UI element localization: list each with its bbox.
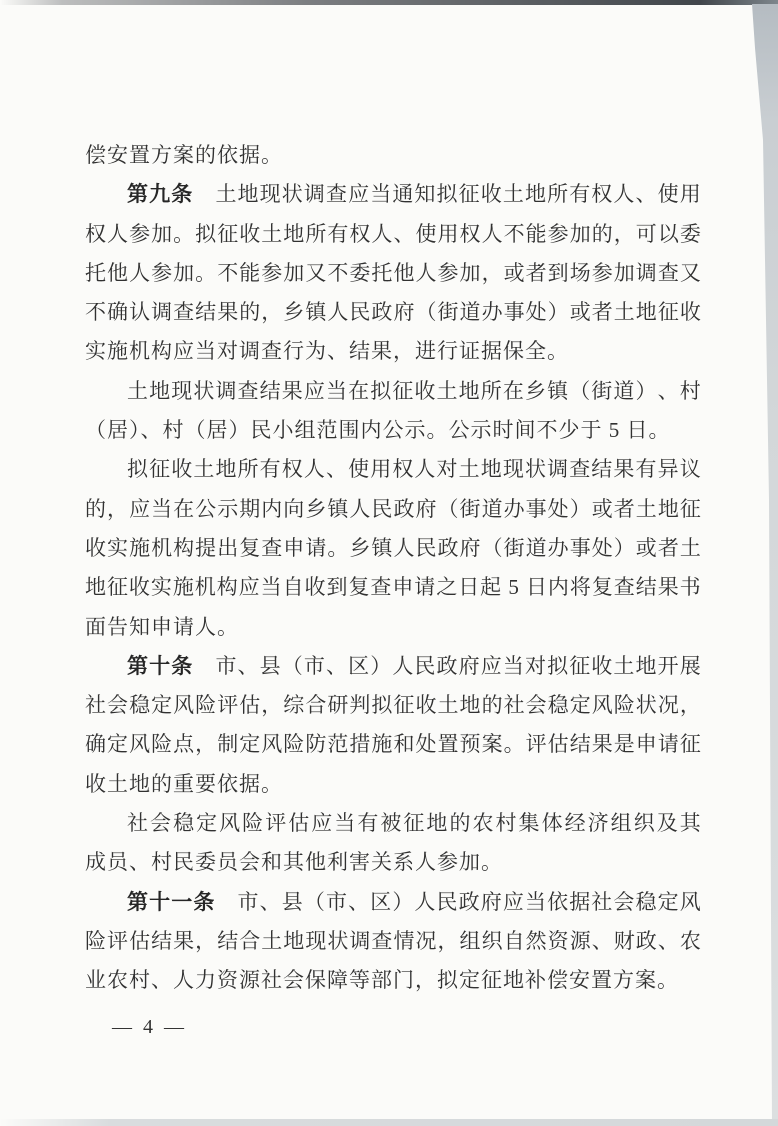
text-line: 险评估结果，结合土地现状调查情况，组织自然资源、财政、农 bbox=[85, 922, 701, 961]
body-char: 民 bbox=[414, 647, 435, 686]
body-char: 农 bbox=[680, 922, 701, 961]
body-char: 人 bbox=[482, 215, 503, 254]
body-char: 街 bbox=[591, 372, 612, 411]
body-char: 织 bbox=[482, 922, 503, 961]
body-char: 当 bbox=[525, 883, 546, 922]
body-char: 期 bbox=[239, 490, 260, 529]
body-char: 拟 bbox=[370, 372, 391, 411]
article-heading-char: 第 bbox=[127, 175, 148, 214]
body-char: 市 bbox=[238, 883, 259, 922]
body-char: 险 bbox=[614, 686, 635, 725]
body-char: 或 bbox=[636, 529, 657, 568]
body-char: 人 bbox=[304, 450, 325, 489]
body-char: 置 bbox=[438, 725, 459, 764]
body-char: 情 bbox=[393, 922, 414, 961]
body-char: 是 bbox=[614, 725, 635, 764]
body-char: 参 bbox=[151, 254, 172, 293]
body-char: 民 bbox=[415, 529, 436, 568]
body-char: 处 bbox=[548, 490, 569, 529]
body-char: 险 bbox=[195, 686, 216, 725]
body-char: 地 bbox=[460, 686, 481, 725]
body-char: 民 bbox=[349, 293, 370, 332]
body-char: 风 bbox=[129, 725, 150, 764]
text-line: 土地现状调查结果应当在拟征收土地所在乡镇（街道）、村 bbox=[85, 372, 701, 411]
body-char: 查 bbox=[261, 529, 282, 568]
body-char: 市 bbox=[304, 647, 325, 686]
body-char: 应 bbox=[304, 372, 325, 411]
body-text: 实施机构应当对调查行为、结果，进行证据保全。 bbox=[85, 339, 569, 363]
body-char: 日 bbox=[458, 568, 479, 607]
body-char: 案 bbox=[482, 725, 503, 764]
body-char: 人 bbox=[393, 529, 414, 568]
text-line: 拟征收土地所有权人、使用权人对土地现状调查结果有异议 bbox=[85, 450, 701, 489]
body-char: 风 bbox=[680, 883, 701, 922]
body-char: 状 bbox=[282, 175, 303, 214]
body-char: 社 bbox=[127, 804, 148, 843]
body-char: 调 bbox=[636, 254, 657, 293]
text-line: 面告知申请人。 bbox=[85, 608, 701, 647]
body-char: 镇 bbox=[547, 372, 568, 411]
body-char: 当 bbox=[261, 568, 282, 607]
body-char: 办 bbox=[548, 529, 569, 568]
body-char: 政 bbox=[636, 922, 657, 961]
body-char: 估 bbox=[239, 686, 260, 725]
body-char: 机 bbox=[151, 529, 172, 568]
body-char: 用 bbox=[438, 215, 459, 254]
body-char: 有 bbox=[569, 175, 590, 214]
body-char: 道 bbox=[482, 490, 503, 529]
body-char: 自 bbox=[283, 568, 304, 607]
body-char: 结 bbox=[570, 725, 591, 764]
body-char bbox=[215, 883, 236, 922]
article-heading-char: 一 bbox=[171, 883, 192, 922]
body-text: 收土地的重要依据。 bbox=[85, 772, 283, 796]
article-heading-char: 条 bbox=[171, 647, 192, 686]
body-char: 地 bbox=[283, 215, 304, 254]
body-char: 府 bbox=[459, 647, 480, 686]
body-char: （ bbox=[438, 490, 459, 529]
body-char: 措 bbox=[349, 725, 370, 764]
body-char: 在 bbox=[173, 490, 194, 529]
body-char: 申 bbox=[283, 529, 304, 568]
body-char bbox=[193, 647, 214, 686]
body-char: 复 bbox=[239, 529, 260, 568]
body-char: 估 bbox=[288, 804, 309, 843]
body-char: （ bbox=[415, 293, 436, 332]
body-char: 查 bbox=[614, 568, 635, 607]
body-char: 知 bbox=[414, 175, 435, 214]
body-char: 风 bbox=[219, 804, 240, 843]
body-char: 权 bbox=[591, 175, 612, 214]
body-char: 地 bbox=[525, 175, 546, 214]
text-line: 托他人参加。不能参加又不委托他人参加，或者到场参加调查又 bbox=[85, 254, 701, 293]
body-char: 政 bbox=[459, 883, 480, 922]
body-char: 状 bbox=[193, 372, 214, 411]
body-char: 结 bbox=[195, 293, 216, 332]
body-char: 评 bbox=[107, 922, 128, 961]
body-char: 组 bbox=[460, 922, 481, 961]
body-char: 参 bbox=[592, 254, 613, 293]
body-char: 济 bbox=[588, 804, 609, 843]
text-line: 收实施机构提出复查申请。乡镇人民政府（街道办事处）或者土 bbox=[85, 529, 701, 568]
body-char: 、 bbox=[658, 922, 679, 961]
body-char: 现 bbox=[503, 450, 524, 489]
body-char: 使 bbox=[658, 175, 679, 214]
body-char: 所 bbox=[547, 175, 568, 214]
body-char: 议 bbox=[680, 450, 701, 489]
body-char: 又 bbox=[305, 254, 326, 293]
body-char: 收 bbox=[591, 647, 612, 686]
body-char: 的 bbox=[592, 215, 613, 254]
body-char: 范 bbox=[327, 725, 348, 764]
body-text: 面告知申请人。 bbox=[85, 615, 239, 639]
body-char: 使 bbox=[415, 215, 436, 254]
body-char: 确 bbox=[107, 293, 128, 332]
body-char: 将 bbox=[570, 568, 591, 607]
body-char: 政 bbox=[371, 293, 392, 332]
body-char: 。 bbox=[173, 215, 194, 254]
body-char: 结 bbox=[217, 922, 238, 961]
body-char: 参 bbox=[261, 254, 282, 293]
body-char: 复 bbox=[592, 568, 613, 607]
text-line: 社会稳定风险评估应当有被征地的农村集体经济组织及其 bbox=[85, 804, 701, 843]
body-char: 加 bbox=[283, 254, 304, 293]
body-char: 者 bbox=[592, 293, 613, 332]
document-text-body: 偿安置方案的依据。第九条 土地现状调查应当通知拟征收土地所有权人、使用权人参加。… bbox=[85, 136, 701, 1001]
body-char: 定 bbox=[151, 686, 172, 725]
body-text: （居）、村（居）民小组范围内公示。公示时间不少于 5 日。 bbox=[85, 418, 671, 442]
body-char: 定 bbox=[658, 883, 679, 922]
body-char: 请 bbox=[658, 725, 679, 764]
body-char: ， bbox=[261, 686, 282, 725]
body-char: 综 bbox=[283, 686, 304, 725]
body-char: 请 bbox=[305, 529, 326, 568]
text-line: 的，应当在公示期内向乡镇人民政府（街道办事处）或者土地征 bbox=[85, 490, 701, 529]
body-char: 的 bbox=[449, 804, 470, 843]
body-char: ， bbox=[438, 922, 459, 961]
body-char: 委 bbox=[349, 254, 370, 293]
body-char: ） bbox=[392, 883, 413, 922]
body-char: 市 bbox=[215, 647, 236, 686]
body-char bbox=[193, 175, 214, 214]
body-char: 他 bbox=[393, 254, 414, 293]
body-char: 集 bbox=[519, 804, 540, 843]
body-char: 、 bbox=[393, 215, 414, 254]
body-char: 收 bbox=[481, 175, 502, 214]
body-char: 加 bbox=[570, 215, 591, 254]
body-char: 提 bbox=[195, 529, 216, 568]
body-char: 托 bbox=[371, 254, 392, 293]
text-line: 确定风险点，制定风险防范措施和处置预案。评估结果是申请征 bbox=[85, 725, 701, 764]
article-heading-char: 第 bbox=[127, 647, 148, 686]
body-char: 应 bbox=[239, 568, 260, 607]
body-char: 风 bbox=[592, 686, 613, 725]
body-char: 会 bbox=[150, 804, 171, 843]
body-char: 现 bbox=[260, 175, 281, 214]
body-char: 果 bbox=[217, 293, 238, 332]
body-char: 不 bbox=[327, 254, 348, 293]
body-char: 区 bbox=[370, 883, 391, 922]
body-char: 查 bbox=[371, 922, 392, 961]
body-char: 会 bbox=[613, 883, 634, 922]
body-char: 拟 bbox=[371, 686, 392, 725]
body-char: 合 bbox=[239, 922, 260, 961]
body-char: 险 bbox=[151, 725, 172, 764]
text-line: 成员、村民委员会和其他利害关系人参加。 bbox=[85, 843, 701, 882]
body-char: ， bbox=[482, 254, 503, 293]
body-char: 民 bbox=[371, 490, 392, 529]
body-char: 道 bbox=[613, 372, 634, 411]
body-char: 街 bbox=[504, 529, 525, 568]
body-char: 调 bbox=[304, 175, 325, 214]
body-char: 征 bbox=[392, 372, 413, 411]
body-char: 市 bbox=[326, 883, 347, 922]
body-char: 有 bbox=[636, 450, 657, 489]
body-char: 地 bbox=[215, 450, 236, 489]
body-char: 、 bbox=[658, 372, 679, 411]
text-line: （居）、村（居）民小组范围内公示。公示时间不少于 5 日。 bbox=[85, 411, 701, 450]
body-char: 、 bbox=[636, 175, 657, 214]
body-char: 拟 bbox=[547, 647, 568, 686]
body-char: 处 bbox=[526, 293, 547, 332]
body-char: 状 bbox=[525, 450, 546, 489]
body-char: 其 bbox=[680, 804, 701, 843]
body-char: 街 bbox=[438, 293, 459, 332]
body-char: 有 bbox=[327, 215, 348, 254]
body-char: ） bbox=[370, 647, 391, 686]
body-char: 施 bbox=[129, 529, 150, 568]
body-char: 地 bbox=[636, 293, 657, 332]
body-char: 有 bbox=[357, 804, 378, 843]
body-char: 经 bbox=[565, 804, 586, 843]
body-char: 参 bbox=[548, 215, 569, 254]
body-char: 事 bbox=[526, 490, 547, 529]
body-char: 用 bbox=[370, 450, 391, 489]
body-char: 镇 bbox=[371, 529, 392, 568]
body-char: 收 bbox=[85, 529, 106, 568]
body-char: 风 bbox=[173, 686, 194, 725]
body-char: 乡 bbox=[283, 293, 304, 332]
body-char: 或 bbox=[570, 293, 591, 332]
scan-artifact-top-edge bbox=[0, 0, 778, 5]
body-char: 资 bbox=[548, 922, 569, 961]
body-char: 使 bbox=[348, 450, 369, 489]
body-char: 人 bbox=[327, 293, 348, 332]
body-char: 内 bbox=[548, 568, 569, 607]
body-char: 、 bbox=[260, 883, 281, 922]
body-char: 当 bbox=[151, 490, 172, 529]
body-char: 不 bbox=[217, 254, 238, 293]
body-char: （ bbox=[569, 372, 590, 411]
body-char: 研 bbox=[327, 686, 348, 725]
body-char: 不 bbox=[85, 293, 106, 332]
body-char: 他 bbox=[107, 254, 128, 293]
body-char: 以 bbox=[658, 215, 679, 254]
body-char: 制 bbox=[217, 725, 238, 764]
body-char: 之 bbox=[436, 568, 457, 607]
body-char: 、 bbox=[592, 922, 613, 961]
body-char: ， bbox=[680, 686, 701, 725]
body-char: 土 bbox=[636, 490, 657, 529]
body-char: 评 bbox=[265, 804, 286, 843]
body-char: 地 bbox=[238, 175, 259, 214]
body-char: 土 bbox=[215, 175, 236, 214]
body-char: 镇 bbox=[327, 490, 348, 529]
body-char: 结 bbox=[591, 450, 612, 489]
body-char: 土 bbox=[614, 293, 635, 332]
body-char: 可 bbox=[636, 215, 657, 254]
body-char: 稳 bbox=[548, 686, 569, 725]
body-char: ） bbox=[636, 372, 657, 411]
body-char: 土 bbox=[459, 450, 480, 489]
body-char: 地 bbox=[283, 922, 304, 961]
text-line: 业农村、人力资源社会保障等部门，拟定征地补偿安置方案。 bbox=[85, 961, 701, 1000]
body-char: 所 bbox=[481, 372, 502, 411]
body-char: 村 bbox=[680, 372, 701, 411]
body-char: 点 bbox=[173, 725, 194, 764]
body-char: 申 bbox=[392, 568, 413, 607]
body-char: 据 bbox=[569, 883, 590, 922]
body-char: 收 bbox=[305, 568, 326, 607]
body-char: ） bbox=[614, 529, 635, 568]
body-char: 权 bbox=[460, 215, 481, 254]
article-heading-char: 十 bbox=[149, 647, 170, 686]
body-char: 人 bbox=[107, 215, 128, 254]
body-char: 结 bbox=[260, 372, 281, 411]
body-char: 府 bbox=[415, 490, 436, 529]
body-char: 能 bbox=[526, 215, 547, 254]
body-char: 对 bbox=[525, 647, 546, 686]
body-char: 收 bbox=[414, 372, 435, 411]
body-char: 的 bbox=[85, 490, 106, 529]
body-char: 收 bbox=[239, 215, 260, 254]
body-char: 现 bbox=[171, 372, 192, 411]
body-char: 预 bbox=[460, 725, 481, 764]
body-char: 街 bbox=[460, 490, 481, 529]
body-char: 调 bbox=[349, 922, 370, 961]
body-char: 征 bbox=[658, 293, 679, 332]
body-char: 人 bbox=[414, 450, 435, 489]
body-char: 展 bbox=[680, 647, 701, 686]
body-char: 征 bbox=[403, 804, 424, 843]
body-char: 构 bbox=[217, 568, 238, 607]
body-char: 日 bbox=[526, 568, 547, 607]
body-char: 果 bbox=[658, 568, 679, 607]
body-char: 土 bbox=[438, 686, 459, 725]
text-line: 收土地的重要依据。 bbox=[85, 765, 701, 804]
body-char: 农 bbox=[472, 804, 493, 843]
body-char: 人 bbox=[349, 490, 370, 529]
body-char: 用 bbox=[680, 175, 701, 214]
body-char: 收 bbox=[680, 293, 701, 332]
body-char: 参 bbox=[129, 215, 150, 254]
body-char: 认 bbox=[129, 293, 150, 332]
body-char: 收 bbox=[129, 568, 150, 607]
body-char: 复 bbox=[348, 568, 369, 607]
body-char: 土 bbox=[437, 372, 458, 411]
body-char: 示 bbox=[217, 490, 238, 529]
body-char: 者 bbox=[526, 254, 547, 293]
body-char: 或 bbox=[504, 254, 525, 293]
body-char: 起 bbox=[480, 568, 501, 607]
body-char: 构 bbox=[173, 529, 194, 568]
body-char: 在 bbox=[503, 372, 524, 411]
body-char: 地 bbox=[149, 372, 170, 411]
body-char: 险 bbox=[85, 922, 106, 961]
body-char: 村 bbox=[496, 804, 517, 843]
body-char: 果 bbox=[613, 450, 634, 489]
body-char: 处 bbox=[415, 725, 436, 764]
body-char: 施 bbox=[371, 725, 392, 764]
body-text: 业农村、人力资源社会保障等部门，拟定征地补偿安置方案。 bbox=[85, 968, 679, 992]
body-char: 稳 bbox=[636, 883, 657, 922]
body-char: 5 bbox=[508, 568, 519, 607]
body-char bbox=[502, 568, 507, 607]
body-char: 乡 bbox=[349, 529, 370, 568]
body-char: 地 bbox=[658, 490, 679, 529]
body-char: ） bbox=[548, 293, 569, 332]
body-char: 土 bbox=[193, 450, 214, 489]
body-char: 调 bbox=[547, 450, 568, 489]
body-char: 办 bbox=[504, 490, 525, 529]
body-char: 社 bbox=[504, 686, 525, 725]
body-char: 区 bbox=[348, 647, 369, 686]
body-char: 通 bbox=[392, 175, 413, 214]
body-char: 的 bbox=[482, 686, 503, 725]
body-char: 者 bbox=[658, 529, 679, 568]
body-char: 定 bbox=[239, 725, 260, 764]
body-char: ， bbox=[107, 490, 128, 529]
body-char: 应 bbox=[311, 804, 332, 843]
body-char: 查 bbox=[658, 254, 679, 293]
body-char: ， bbox=[195, 725, 216, 764]
body-char: 所 bbox=[305, 215, 326, 254]
body-char: 当 bbox=[370, 175, 391, 214]
body-char: 加 bbox=[614, 254, 635, 293]
body-char: 乡 bbox=[305, 490, 326, 529]
body-char: 、 bbox=[326, 450, 347, 489]
body-char: 地 bbox=[459, 372, 480, 411]
body-char: 土 bbox=[261, 215, 282, 254]
body-char: ， bbox=[195, 922, 216, 961]
body-char: 的 bbox=[239, 293, 260, 332]
body-char: 土 bbox=[503, 175, 524, 214]
body-char: 估 bbox=[129, 922, 150, 961]
body-char: 向 bbox=[283, 490, 304, 529]
body-char: 乡 bbox=[525, 372, 546, 411]
body-char: 判 bbox=[349, 686, 370, 725]
body-char: 险 bbox=[283, 725, 304, 764]
body-char: 况 bbox=[658, 686, 679, 725]
body-char: 权 bbox=[85, 215, 106, 254]
body-char: 结 bbox=[636, 568, 657, 607]
body-char: 收 bbox=[171, 450, 192, 489]
body-char: 场 bbox=[570, 254, 591, 293]
body-char: 及 bbox=[657, 804, 678, 843]
body-char: 体 bbox=[542, 804, 563, 843]
body-char: 和 bbox=[393, 725, 414, 764]
body-char: （ bbox=[282, 647, 303, 686]
body-char: 实 bbox=[107, 529, 128, 568]
text-line: 实施机构应当对调查行为、结果，进行证据保全。 bbox=[85, 332, 701, 371]
body-char: 结 bbox=[151, 922, 172, 961]
page-number: — 4 — bbox=[112, 1008, 187, 1047]
body-char: 调 bbox=[151, 293, 172, 332]
body-char: 织 bbox=[634, 804, 655, 843]
body-char: 不 bbox=[504, 215, 525, 254]
body-char: 定 bbox=[570, 686, 591, 725]
body-char: 到 bbox=[548, 254, 569, 293]
